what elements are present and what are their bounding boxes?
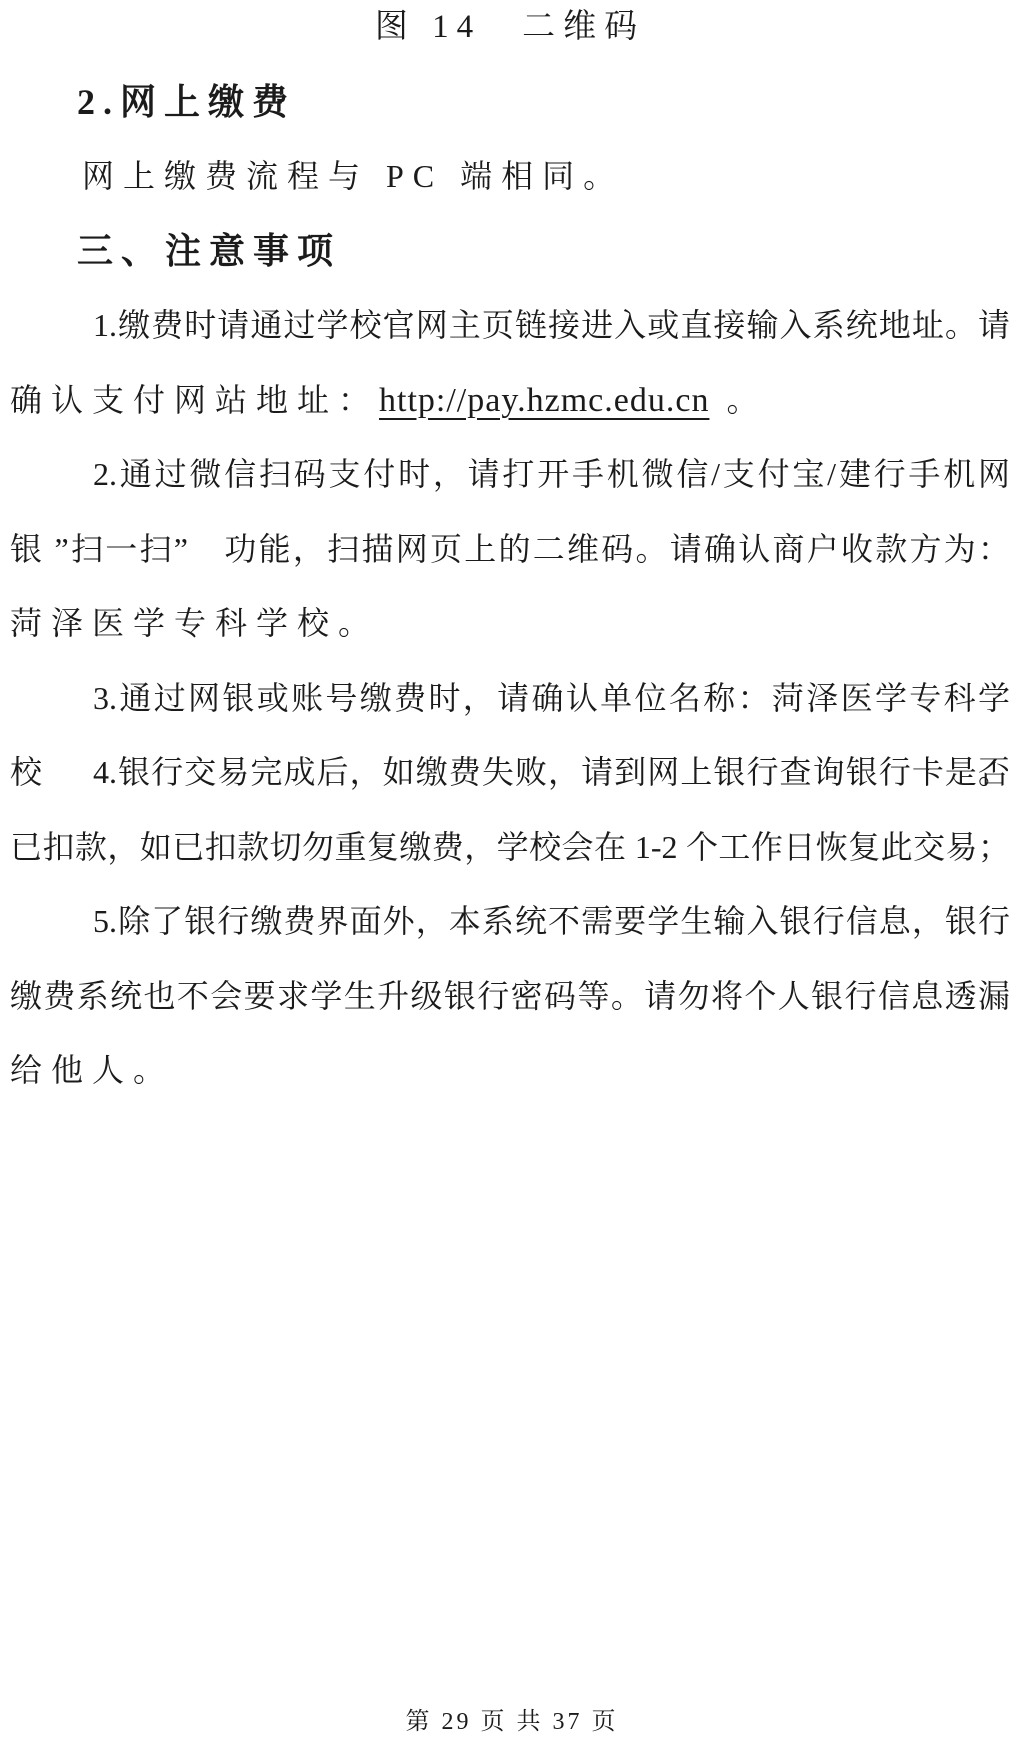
payment-url-link[interactable]: http://pay.hzmc.edu.cn [379, 382, 709, 419]
note1-line1: 1.缴费时请通过学校官网主页链接进入或直接输入系统地址。请 [10, 288, 1010, 363]
note5-line1: 5.除了银行缴费界面外，本系统不需要学生输入银行信息，银行 [10, 884, 1010, 959]
note1-line2-period: 。 [709, 382, 767, 418]
page-number-footer: 第 29 页 共 37 页 [0, 1705, 1024, 1739]
payment-url-label: 确认支付网站地址： [10, 382, 379, 418]
note2-line1: 2.通过微信扫码支付时，请打开手机微信/支付宝/建行手机网 [10, 437, 1010, 512]
heading-notes-section: 三、注意事项 [77, 214, 1010, 289]
note5-line2: 缴费系统也不会要求学生升级银行密码等。请勿将个人银行信息透漏 [10, 959, 1010, 1034]
online-payment-body: 网上缴费流程与 PC 端相同。 [82, 139, 1010, 214]
note3-line1: 3.通过网银或账号缴费时，请确认单位名称：菏泽医学专科学校。 [10, 661, 1010, 736]
note4-line2: 已扣款，如已扣款切勿重复缴费，学校会在 1-2 个工作日恢复此交易； [10, 810, 1010, 885]
figure-caption: 图 14 二维码 [10, 0, 1010, 65]
note5-line3: 给他人。 [10, 1033, 1010, 1108]
document-content: 图 14 二维码 2.网上缴费 网上缴费流程与 PC 端相同。 三、注意事项 1… [10, 0, 1010, 1108]
note2-line2: 银 ”扫一扫” 功能，扫描网页上的二维码。请确认商户收款方为： [10, 512, 1010, 587]
document-page: 图 14 二维码 2.网上缴费 网上缴费流程与 PC 端相同。 三、注意事项 1… [0, 0, 1024, 1746]
note4-line1: 4.银行交易完成后，如缴费失败，请到网上银行查询银行卡是否 [10, 735, 1010, 810]
note2-line3: 菏泽医学专科学校。 [10, 586, 1010, 661]
note1-line2: 确认支付网站地址：http://pay.hzmc.edu.cn 。 [10, 363, 1010, 438]
heading-online-payment: 2.网上缴费 [77, 65, 1010, 140]
